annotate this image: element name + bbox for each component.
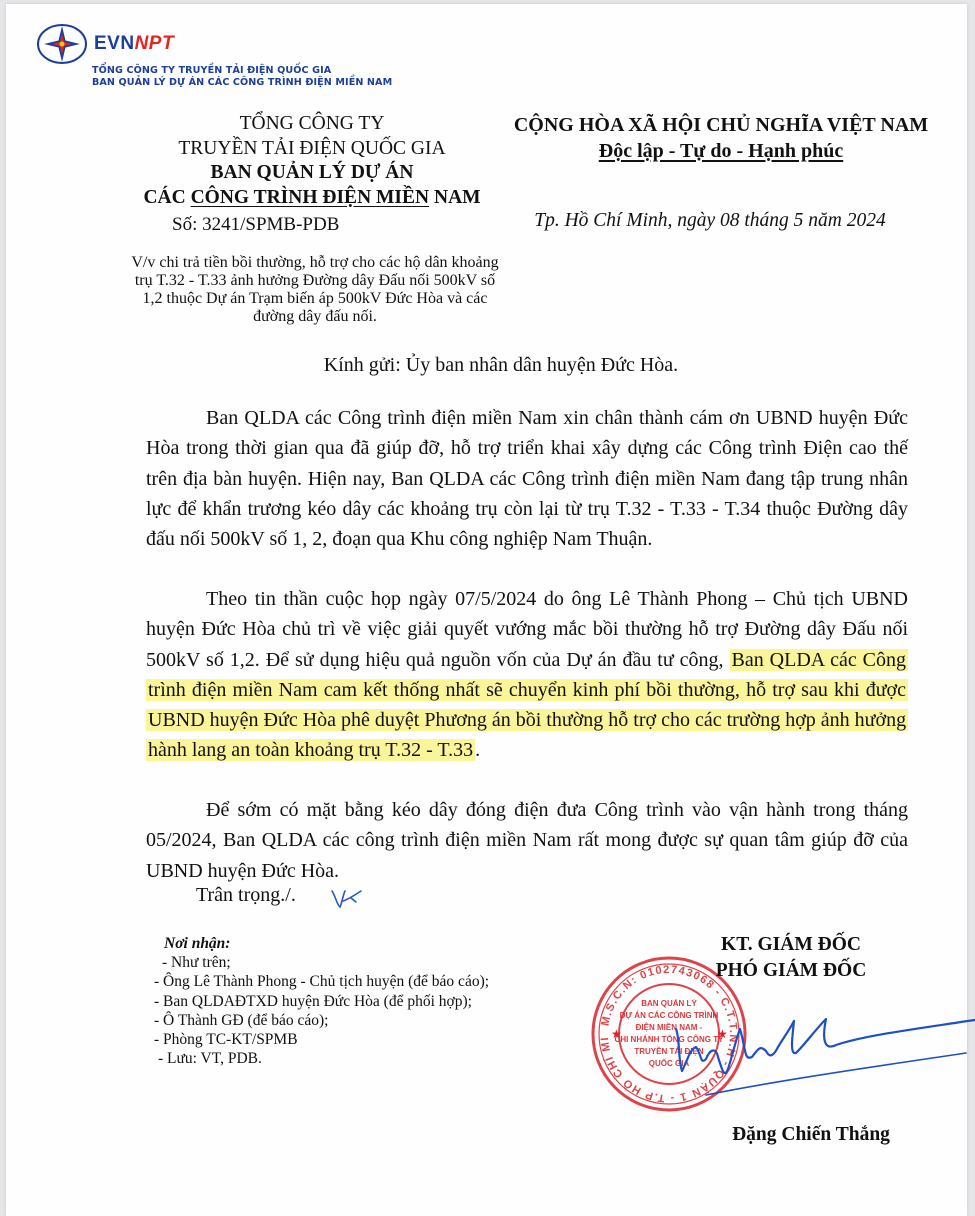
brand-logotype: EVNNPT [94, 33, 174, 55]
signature-title: KT. GIÁM ĐỐC PHÓ GIÁM ĐỐC [656, 932, 926, 983]
issuer-block: TỔNG CÔNG TY TRUYỀN TẢI ĐIỆN QUỐC GIA BA… [122, 112, 502, 210]
list-item: - Như trên; [162, 953, 489, 972]
evn-star-logo-icon [36, 22, 88, 66]
list-item: - Ô Thành GĐ (để báo cáo); [154, 1011, 489, 1030]
recipient-line: Kính gửi: Ủy ban nhân dân huyện Đức Hòa. [156, 354, 816, 377]
handwritten-signature-icon [666, 999, 975, 1099]
recipients-list: Nơi nhận: - Như trên; - Ông Lê Thành Pho… [154, 934, 489, 1068]
list-item: - Lưu: VT, PDB. [158, 1049, 489, 1068]
closing: Trân trọng./. [196, 884, 296, 907]
list-item: - Ông Lê Thành Phong - Chủ tịch huyện (đ… [154, 972, 489, 991]
document-subject: V/v chi trả tiền bồi thường, hỗ trợ cho … [124, 254, 506, 326]
document-number: Số: 3241/SPMB-PDB [172, 214, 339, 236]
letterhead-line-1: TỔNG CÔNG TY TRUYỀN TẢI ĐIỆN QUỐC GIA [92, 65, 331, 76]
document-page: EVNNPT TỔNG CÔNG TY TRUYỀN TẢI ĐIỆN QUỐC… [6, 4, 967, 1216]
body-paragraph-2: Theo tin thần cuộc họp ngày 07/5/2024 do… [146, 584, 908, 766]
initials-icon [329, 885, 365, 911]
list-item: - Ban QLDAĐTXD huyện Đức Hòa (để phối hợ… [154, 992, 489, 1011]
signer-name: Đặng Chiến Thắng [686, 1124, 936, 1146]
body-paragraph-3: Để sớm có mặt bằng kéo dây đóng điện đưa… [146, 795, 908, 886]
national-heading: CỘNG HÒA XÃ HỘI CHỦ NGHĨA VIỆT NAM Độc l… [490, 112, 952, 164]
body-paragraph-1: Ban QLDA các Công trình điện miền Nam xi… [146, 403, 908, 554]
national-motto: Độc lập - Tự do - Hạnh phúc [490, 138, 952, 164]
list-item: - Phòng TC-KT/SPMB [154, 1030, 489, 1049]
place-date: Tp. Hồ Chí Minh, ngày 08 tháng 5 năm 202… [490, 210, 930, 232]
letterhead-line-2: BAN QUẢN LÝ DỰ ÁN CÁC CÔNG TRÌNH ĐIỆN MI… [92, 77, 392, 88]
